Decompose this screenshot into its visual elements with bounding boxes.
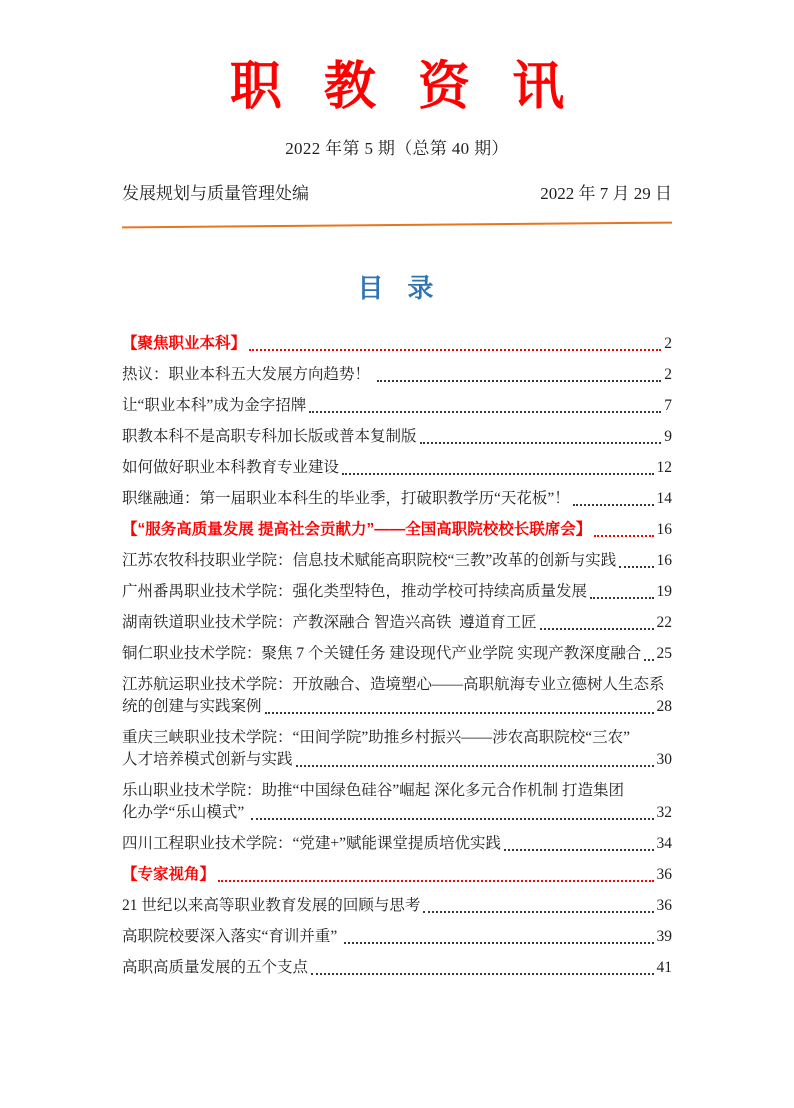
toc-page-number: 7 — [664, 395, 672, 417]
toc-entry[interactable]: 职教本科不是高职专科加长版或普本复制版 9 — [122, 426, 672, 448]
toc-leader-dots — [420, 442, 662, 444]
toc-page-number: 30 — [657, 749, 673, 771]
toc-entry[interactable]: 【专家视角】 36 — [122, 864, 672, 886]
toc-page-number: 22 — [657, 612, 673, 634]
toc-page-number: 2 — [664, 364, 672, 386]
toc-page-number: 32 — [657, 802, 673, 824]
toc-entry[interactable]: 江苏农牧科技职业学院：信息技术赋能高职院校“三教”改革的创新与实践 16 — [122, 550, 672, 572]
toc-heading: 目 录 — [122, 268, 672, 305]
doc-title: 职 教 资 讯 — [122, 58, 672, 118]
toc-page-number: 12 — [657, 457, 673, 479]
toc-entry-text: 江苏航运职业技术学院：开放融合、造境塑心——高职航海专业立德树人生态系 — [122, 674, 672, 696]
toc-list: 【聚焦职业本科】 2 热议：职业本科五大发展方向趋势！ 2 让“职业本科”成为金… — [122, 333, 672, 979]
toc-entry[interactable]: 热议：职业本科五大发展方向趋势！ 2 — [122, 364, 672, 386]
toc-leader-dots — [296, 765, 654, 767]
toc-leader-dots — [594, 535, 653, 537]
toc-leader-dots — [590, 597, 653, 599]
toc-entry-text: 【“服务高质量发展 提高社会贡献力”——全国高职院校校长联席会】 — [122, 519, 591, 541]
toc-entry[interactable]: 如何做好职业本科教育专业建设 12 — [122, 457, 672, 479]
toc-entry[interactable]: 【“服务高质量发展 提高社会贡献力”——全国高职院校校长联席会】 16 — [122, 519, 672, 541]
toc-page-number: 25 — [657, 643, 673, 665]
toc-leader-dots — [644, 659, 653, 661]
toc-entry-text-continued: 化办学“乐山模式” — [122, 802, 248, 824]
toc-leader-dots — [504, 849, 653, 851]
toc-page-number: 16 — [657, 519, 673, 541]
toc-leader-dots — [309, 411, 661, 413]
toc-entry[interactable]: 高职高质量发展的五个支点 41 — [122, 957, 672, 979]
toc-entry-text: 职继融通：第一届职业本科生的毕业季，打破职教学历“天花板”！ — [122, 488, 570, 510]
toc-entry[interactable]: 21 世纪以来高等职业教育发展的回顾与思考 36 — [122, 895, 672, 917]
toc-entry-text: 四川工程职业技术学院：“党建+”赋能课堂提质培优实践 — [122, 833, 501, 855]
editor-label: 发展规划与质量管理处编 — [122, 179, 309, 204]
issue-line: 2022 年第 5 期（总第 40 期） — [122, 134, 672, 159]
toc-page-number: 41 — [657, 957, 673, 979]
toc-page-number: 34 — [657, 833, 673, 855]
toc-leader-dots — [344, 942, 653, 944]
toc-entry[interactable]: 铜仁职业技术学院：聚焦 7 个关键任务 建设现代产业学院 实现产教深度融合 25 — [122, 643, 672, 665]
toc-entry[interactable]: 让“职业本科”成为金字招牌 7 — [122, 395, 672, 417]
toc-page-number: 28 — [657, 696, 673, 718]
toc-page-number: 2 — [664, 333, 672, 355]
toc-entry-text: 江苏农牧科技职业学院：信息技术赋能高职院校“三教”改革的创新与实践 — [122, 550, 616, 572]
toc-entry[interactable]: 职继融通：第一届职业本科生的毕业季，打破职教学历“天花板”！ 14 — [122, 488, 672, 510]
toc-entry[interactable]: 湖南铁道职业技术学院：产教深融合 智造兴高铁 遵道育工匠 22 — [122, 612, 672, 634]
toc-entry-text: 高职高质量发展的五个支点 — [122, 957, 308, 979]
toc-leader-dots — [249, 349, 661, 351]
document-header: 职 教 资 讯 2022 年第 5 期（总第 40 期） 发展规划与质量管理处编… — [122, 58, 672, 226]
toc-entry-text: 广州番禺职业技术学院：强化类型特色，推动学校可持续高质量发展 — [122, 581, 587, 603]
toc-entry-text: 重庆三峡职业技术学院：“田间学院”助推乡村振兴——涉农高职院校“三农” — [122, 727, 672, 749]
toc-page-number: 36 — [657, 895, 673, 917]
toc-entry-text: 【专家视角】 — [122, 864, 215, 886]
toc-leader-dots — [540, 628, 654, 630]
toc-page-number: 39 — [657, 926, 673, 948]
toc-entry-text: 21 世纪以来高等职业教育发展的回顾与思考 — [122, 895, 420, 917]
toc-leader-dots — [377, 380, 661, 382]
toc-entry-text: 乐山职业技术学院：助推“中国绿色硅谷”崛起 深化多元合作机制 打造集团 — [122, 780, 672, 802]
publish-date: 2022 年 7 月 29 日 — [540, 179, 672, 204]
header-divider — [122, 221, 672, 228]
toc-entry[interactable]: 重庆三峡职业技术学院：“田间学院”助推乡村振兴——涉农高职院校“三农” 人才培养… — [122, 727, 672, 771]
meta-row: 发展规划与质量管理处编 2022 年 7 月 29 日 — [122, 179, 672, 204]
toc-page-number: 36 — [657, 864, 673, 886]
toc-leader-dots — [573, 504, 654, 506]
toc-leader-dots — [311, 973, 653, 975]
toc-entry-text: 高职院校要深入落实“育训并重” — [122, 926, 341, 948]
toc-entry-text: 【聚焦职业本科】 — [122, 333, 246, 355]
toc-leader-dots — [342, 473, 653, 475]
toc-entry-text: 湖南铁道职业技术学院：产教深融合 智造兴高铁 遵道育工匠 — [122, 612, 537, 634]
toc-page-number: 14 — [657, 488, 673, 510]
toc-entry-text: 让“职业本科”成为金字招牌 — [122, 395, 306, 417]
toc-leader-dots — [619, 566, 653, 568]
toc-page-number: 9 — [664, 426, 672, 448]
toc-entry[interactable]: 四川工程职业技术学院：“党建+”赋能课堂提质培优实践 34 — [122, 833, 672, 855]
toc-entry-text: 职教本科不是高职专科加长版或普本复制版 — [122, 426, 417, 448]
toc-entry-text-continued: 统的创建与实践案例 — [122, 696, 262, 718]
toc-entry-text: 铜仁职业技术学院：聚焦 7 个关键任务 建设现代产业学院 实现产教深度融合 — [122, 643, 641, 665]
document-page: 职 教 资 讯 2022 年第 5 期（总第 40 期） 发展规划与质量管理处编… — [0, 0, 794, 1108]
toc-leader-dots — [265, 712, 654, 714]
toc-leader-dots — [251, 818, 653, 820]
toc-leader-dots — [423, 911, 653, 913]
toc-page-number: 19 — [657, 581, 673, 603]
toc-page-number: 16 — [657, 550, 673, 572]
toc-entry[interactable]: 高职院校要深入落实“育训并重” 39 — [122, 926, 672, 948]
toc-leader-dots — [218, 880, 653, 882]
toc-entry[interactable]: 乐山职业技术学院：助推“中国绿色硅谷”崛起 深化多元合作机制 打造集团 化办学“… — [122, 780, 672, 824]
toc-entry[interactable]: 【聚焦职业本科】 2 — [122, 333, 672, 355]
toc-entry[interactable]: 江苏航运职业技术学院：开放融合、造境塑心——高职航海专业立德树人生态系 统的创建… — [122, 674, 672, 718]
toc-entry[interactable]: 广州番禺职业技术学院：强化类型特色，推动学校可持续高质量发展 19 — [122, 581, 672, 603]
toc-entry-text: 如何做好职业本科教育专业建设 — [122, 457, 339, 479]
toc-entry-text: 热议：职业本科五大发展方向趋势！ — [122, 364, 374, 386]
toc-entry-text-continued: 人才培养模式创新与实践 — [122, 749, 293, 771]
